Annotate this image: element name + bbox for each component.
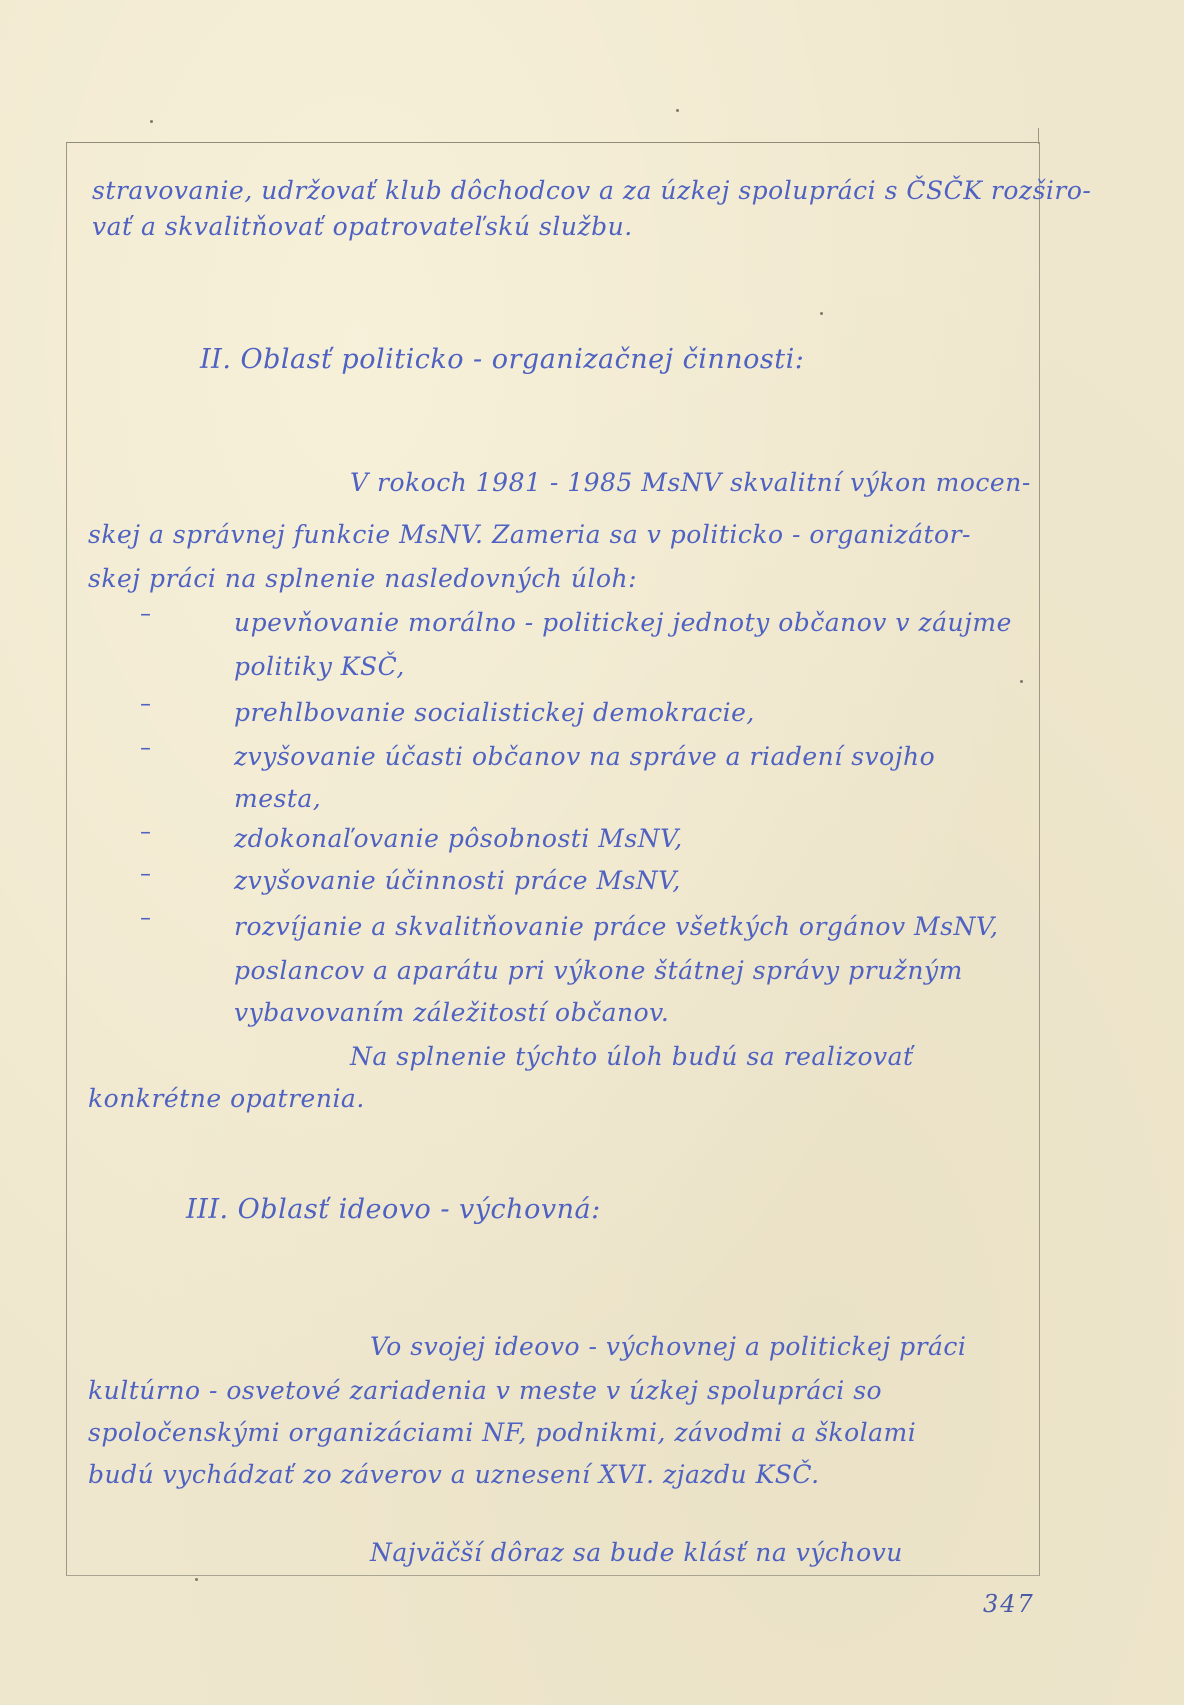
section-3-para-line-3: spoločenskými organizáciami NF, podnikmi… (88, 1420, 916, 1445)
list-bullet: – (140, 694, 151, 716)
section-3-para-line-1: Vo svojej ideovo - výchovnej a politicke… (370, 1334, 966, 1359)
paper-speck (1020, 680, 1023, 683)
paper-speck (676, 109, 679, 112)
frame-corner-mark (1038, 128, 1039, 144)
list-item-3-line-2: mesta, (234, 786, 321, 811)
list-item-2-line-1: prehlbovanie socialistickej demokracie, (234, 700, 755, 725)
paper-speck (820, 312, 823, 315)
section-3-para-line-4: budú vychádzať zo záverov a uznesení XVI… (88, 1462, 820, 1487)
section-3-last-line: Najväčší dôraz sa bude klásť na výchovu (370, 1540, 903, 1565)
list-item-1-line-2: politiky KSČ, (234, 654, 405, 679)
list-item-3-line-1: zvyšovanie účasti občanov na správe a ri… (234, 744, 935, 769)
list-bullet: – (140, 604, 151, 626)
list-item-6-line-2: poslancov a aparátu pri výkone štátnej s… (234, 958, 963, 983)
section-2-para-line-3: skej práci na splnenie nasledovných úloh… (88, 566, 637, 591)
intro-line-2: vať a skvalitňovať opatrovateľskú službu… (92, 214, 633, 239)
section-3-para-line-2: kultúrno - osvetové zariadenia v meste v… (88, 1378, 882, 1403)
list-bullet: – (140, 864, 151, 886)
paper-speck (150, 120, 153, 123)
intro-line-1: stravovanie, udržovať klub dôchodcov a z… (92, 178, 1091, 203)
list-item-5-line-1: zvyšovanie účinnosti práce MsNV, (234, 868, 681, 893)
page-number: 347 (983, 1590, 1035, 1618)
list-item-6-line-1: rozvíjanie a skvalitňovanie práce všetký… (234, 914, 999, 939)
section-2-para-line-2: skej a správnej funkcie MsNV. Zameria sa… (88, 522, 971, 547)
section-2-para-line-1: V rokoch 1981 - 1985 MsNV skvalitní výko… (350, 470, 1031, 495)
list-item-1-line-1: upevňovanie morálno - politickej jednoty… (234, 610, 1012, 635)
list-item-4-line-1: zdokonaľovanie pôsobnosti MsNV, (234, 826, 683, 851)
section-2-heading: II. Oblasť politicko - organizačnej činn… (200, 346, 804, 373)
section-2-closing-line-2: konkrétne opatrenia. (88, 1086, 365, 1111)
section-2-closing-line-1: Na splnenie týchto úloh budú sa realizov… (350, 1044, 914, 1069)
list-item-6-line-3: vybavovaním záležitostí občanov. (234, 1000, 669, 1025)
list-bullet: – (140, 738, 151, 760)
section-3-heading: III. Oblasť ideovo - výchovná: (186, 1196, 601, 1223)
list-bullet: – (140, 822, 151, 844)
list-bullet: – (140, 908, 151, 930)
paper-speck (195, 1578, 198, 1581)
